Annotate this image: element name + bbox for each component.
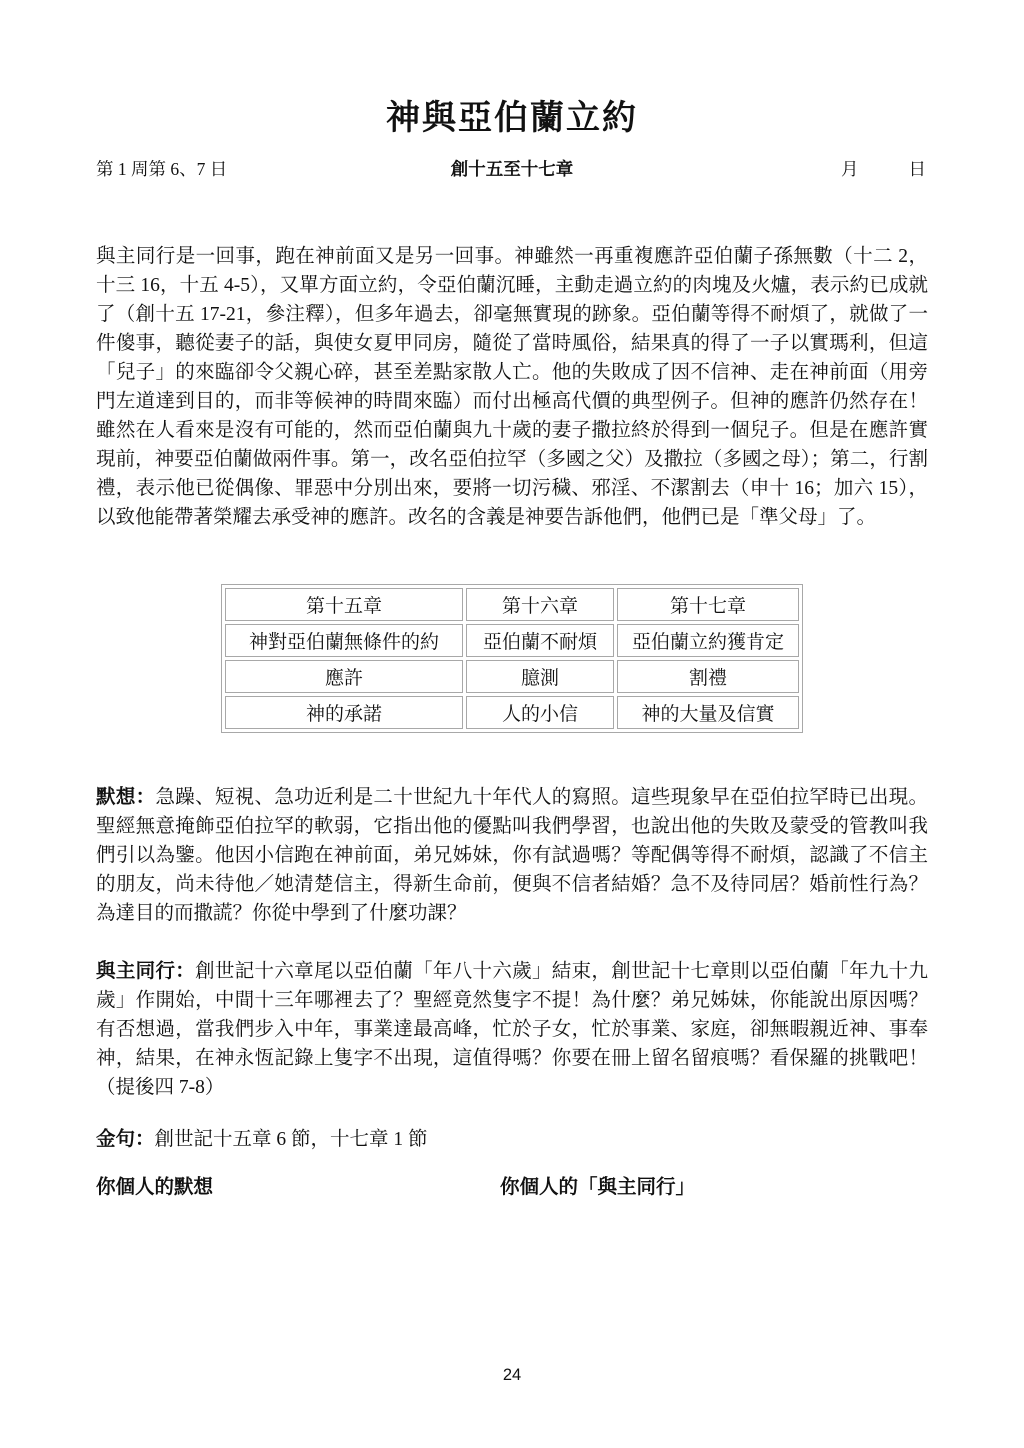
table-cell: 應許: [225, 660, 463, 693]
table-cell: 亞伯蘭立約獲肯定: [617, 624, 799, 657]
table-cell: 亞伯蘭不耐煩: [466, 624, 614, 657]
date-fill-in: 月 日: [841, 156, 926, 182]
golden-verse-line: 金句：創世記十五章 6 節，十七章 1 節: [96, 1125, 928, 1154]
table-cell: 第十六章: [466, 588, 614, 621]
intro-paragraph: 與主同行是一回事，跑在神前面又是另一回事。神雖然一再重複應許亞伯蘭子孫無數（十二…: [96, 242, 928, 532]
personal-walk-prompt: 你個人的「與主同行」: [500, 1173, 695, 1202]
walk-with-lord-text: 創世記十六章尾以亞伯蘭「年八十六歲」結束，創世記十七章則以亞伯蘭「年九十九歲」作…: [96, 961, 928, 1098]
walk-with-lord-paragraph: 與主同行：創世記十六章尾以亞伯蘭「年八十六歲」結束，創世記十七章則以亞伯蘭「年九…: [96, 957, 928, 1102]
table-cell: 人的小信: [466, 696, 614, 729]
day-label: 日: [909, 156, 927, 182]
table-cell: 第十五章: [225, 588, 463, 621]
table-row: 神的承諾 人的小信 神的大量及信實: [225, 696, 799, 729]
table-cell: 割禮: [617, 660, 799, 693]
walk-with-lord-label: 與主同行：: [96, 960, 195, 982]
passage-heading: 創十五至十七章: [96, 156, 928, 182]
personal-meditation-prompt: 你個人的默想: [96, 1173, 213, 1202]
page-number: 24: [0, 1366, 1024, 1385]
page-content: 神與亞伯蘭立約 第 1 周第 6、7 日 創十五至十七章 月 日 與主同行是一回…: [0, 0, 1024, 1202]
month-label: 月: [841, 156, 859, 182]
table-cell: 神對亞伯蘭無條件的約: [225, 624, 463, 657]
table-row: 第十五章 第十六章 第十七章: [225, 588, 799, 621]
golden-verse-text: 創世記十五章 6 節，十七章 1 節: [155, 1129, 428, 1150]
table-cell: 第十七章: [617, 588, 799, 621]
header-row: 第 1 周第 6、7 日 創十五至十七章 月 日: [96, 156, 928, 182]
personal-prompts-row: 你個人的默想 你個人的「與主同行」: [96, 1173, 928, 1202]
table-row: 神對亞伯蘭無條件的約 亞伯蘭不耐煩 亞伯蘭立約獲肯定: [225, 624, 799, 657]
table-cell: 神的承諾: [225, 696, 463, 729]
table-cell: 神的大量及信實: [617, 696, 799, 729]
document-page: 神與亞伯蘭立約 第 1 周第 6、7 日 創十五至十七章 月 日 與主同行是一回…: [0, 0, 1024, 1448]
chapter-summary-table: 第十五章 第十六章 第十七章 神對亞伯蘭無條件的約 亞伯蘭不耐煩 亞伯蘭立約獲肯…: [221, 584, 803, 733]
golden-verse-label: 金句：: [96, 1128, 155, 1150]
page-title: 神與亞伯蘭立約: [96, 0, 928, 142]
table-cell: 臆測: [466, 660, 614, 693]
meditation-text: 急躁、短視、急功近利是二十世紀九十年代人的寫照。這些現象早在亞伯拉罕時已出現。聖…: [96, 787, 928, 924]
meditation-paragraph: 默想：急躁、短視、急功近利是二十世紀九十年代人的寫照。這些現象早在亞伯拉罕時已出…: [96, 783, 928, 928]
table-row: 應許 臆測 割禮: [225, 660, 799, 693]
meditation-label: 默想：: [96, 786, 155, 808]
